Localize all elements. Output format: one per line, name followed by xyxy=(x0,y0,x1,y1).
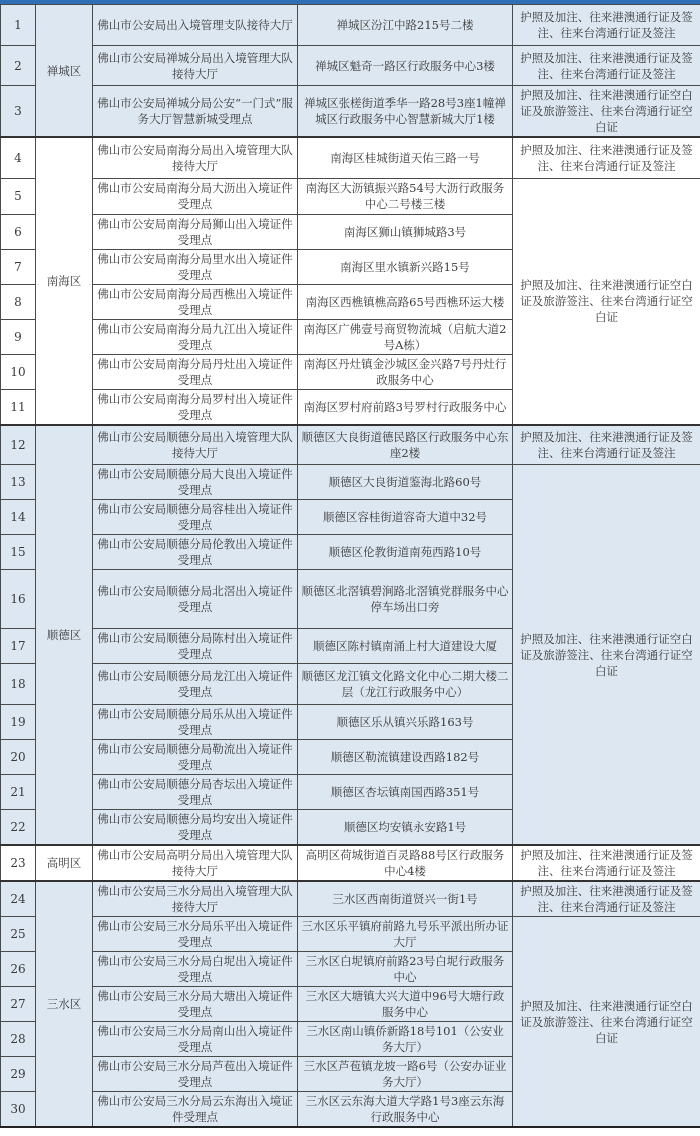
row-number: 1 xyxy=(1,5,36,46)
office-address: 南海区罗村府前路3号罗村行政服务中心 xyxy=(298,389,513,425)
row-number: 8 xyxy=(1,284,36,319)
row-number: 22 xyxy=(1,810,36,846)
row-number: 29 xyxy=(1,1057,36,1092)
table-row: 2 佛山市公安局禅城分局出入境管理大队接待大厅 禅城区魁奇一路区行政服务中心3楼… xyxy=(1,46,700,86)
office-address: 南海区桂城街道天佑三路一号 xyxy=(298,137,513,178)
office-name: 佛山市公安局三水分局云东海出入境证件受理点 xyxy=(93,1092,298,1128)
row-number: 15 xyxy=(1,535,36,570)
service-scope: 护照及加注、往来港澳通行证及签注、往来台湾通行证及签注 xyxy=(513,137,700,178)
office-name: 佛山市公安局南海分局西樵出入境证件受理点 xyxy=(93,284,298,319)
office-address: 禅城区魁奇一路区行政服务中心3楼 xyxy=(298,46,513,86)
service-scope: 护照及加注、往来港澳通行证空白证及旅游签注、往来台湾通行证空白证 xyxy=(513,178,700,425)
office-name: 佛山市公安局三水分局大塘出入境证件受理点 xyxy=(93,987,298,1022)
row-number: 17 xyxy=(1,629,36,664)
office-address: 三水区云东海大道大学路1号3座云东海行政服务中心 xyxy=(298,1092,513,1128)
office-address: 南海区广佛壹号商贸物流城（启航大道2号A栋） xyxy=(298,319,513,354)
office-name: 佛山市公安局顺德分局大良出入境证件受理点 xyxy=(93,465,298,500)
office-name: 佛山市公安局南海分局大沥出入境证件受理点 xyxy=(93,178,298,214)
table-row: 13 佛山市公安局顺德分局大良出入境证件受理点 顺德区大良街道鉴海北路60号 护… xyxy=(1,465,700,500)
office-name: 佛山市公安局三水分局乐平出入境证件受理点 xyxy=(93,917,298,952)
row-number: 9 xyxy=(1,319,36,354)
office-address: 顺德区容桂街道容奇大道中32号 xyxy=(298,500,513,535)
service-scope: 护照及加注、往来港澳通行证及签注、往来台湾通行证及签注 xyxy=(513,5,700,46)
service-scope: 护照及加注、往来港澳通行证空白证及旅游签注、往来台湾通行证空白证 xyxy=(513,917,700,1128)
table-row: 4 南海区 佛山市公安局南海分局出入境管理大队接待大厅 南海区桂城街道天佑三路一… xyxy=(1,137,700,178)
table-row: 12 顺德区 佛山市公安局顺德分局出入境管理大队接待大厅 顺德区大良街道德民路区… xyxy=(1,425,700,465)
office-name: 佛山市公安局顺德分局出入境管理大队接待大厅 xyxy=(93,425,298,465)
row-number: 26 xyxy=(1,952,36,987)
office-address: 高明区荷城街道百灵路88号区行政服务中心4楼 xyxy=(298,845,513,881)
row-number: 30 xyxy=(1,1092,36,1128)
office-name: 佛山市公安局禅城分局出入境管理大队接待大厅 xyxy=(93,46,298,86)
service-scope: 护照及加注、往来港澳通行证及签注、往来台湾通行证及签注 xyxy=(513,46,700,86)
office-address: 顺德区杏坛镇南国西路351号 xyxy=(298,775,513,810)
service-scope: 护照及加注、往来港澳通行证及签注、往来台湾通行证及签注 xyxy=(513,881,700,917)
row-number: 5 xyxy=(1,178,36,214)
office-address: 顺德区伦教街道南苑西路10号 xyxy=(298,535,513,570)
office-address: 顺德区北滘镇碧涧路北滘镇党群服务中心停车场出口旁 xyxy=(298,570,513,629)
office-address: 顺德区均安镇永安路1号 xyxy=(298,810,513,846)
office-name: 佛山市公安局南海分局里水出入境证件受理点 xyxy=(93,249,298,284)
office-address: 南海区大沥镇振兴路54号大沥行政服务中心二号楼三楼 xyxy=(298,178,513,214)
office-name: 佛山市公安局三水分局白坭出入境证件受理点 xyxy=(93,952,298,987)
table-row: 24 三水区 佛山市公安局三水分局出入境管理大队接待大厅 三水区西南街道贤兴一街… xyxy=(1,881,700,917)
office-name: 佛山市公安局顺德分局伦教出入境证件受理点 xyxy=(93,535,298,570)
office-name: 佛山市公安局顺德分局陈村出入境证件受理点 xyxy=(93,629,298,664)
table-row: 1 禅城区 佛山市公安局出入境管理支队接待大厅 禅城区汾江中路215号二楼 护照… xyxy=(1,5,700,46)
office-address: 顺德区大良街道鉴海北路60号 xyxy=(298,465,513,500)
office-name: 佛山市公安局南海分局九江出入境证件受理点 xyxy=(93,319,298,354)
row-number: 19 xyxy=(1,705,36,740)
row-number: 11 xyxy=(1,389,36,425)
office-name: 佛山市公安局顺德分局均安出入境证件受理点 xyxy=(93,810,298,846)
immigration-office-table: 1 禅城区 佛山市公安局出入境管理支队接待大厅 禅城区汾江中路215号二楼 护照… xyxy=(0,4,700,1128)
office-address: 三水区白坭镇府前路23号白坭行政服务中心 xyxy=(298,952,513,987)
office-name: 佛山市公安局三水分局南山出入境证件受理点 xyxy=(93,1022,298,1057)
office-name: 佛山市公安局南海分局狮山出入境证件受理点 xyxy=(93,214,298,249)
office-address: 三水区大塘镇大兴大道中96号大塘行政服务中心 xyxy=(298,987,513,1022)
office-name: 佛山市公安局禅城分局公安“一门式”服务大厅智慧新城受理点 xyxy=(93,86,298,138)
table-row: 23 高明区 佛山市公安局高明分局出入境管理大队接待大厅 高明区荷城街道百灵路8… xyxy=(1,845,700,881)
district-cell: 高明区 xyxy=(36,845,93,881)
row-number: 16 xyxy=(1,570,36,629)
office-name: 佛山市公安局三水分局芦苞出入境证件受理点 xyxy=(93,1057,298,1092)
row-number: 20 xyxy=(1,740,36,775)
office-name: 佛山市公安局顺德分局杏坛出入境证件受理点 xyxy=(93,775,298,810)
office-name: 佛山市公安局出入境管理支队接待大厅 xyxy=(93,5,298,46)
office-address: 顺德区陈村镇南涌上村大道建设大厦 xyxy=(298,629,513,664)
office-name: 佛山市公安局三水分局出入境管理大队接待大厅 xyxy=(93,881,298,917)
row-number: 23 xyxy=(1,845,36,881)
table-row: 5 佛山市公安局南海分局大沥出入境证件受理点 南海区大沥镇振兴路54号大沥行政服… xyxy=(1,178,700,214)
service-scope: 护照及加注、往来港澳通行证及签注、往来台湾通行证及签注 xyxy=(513,845,700,881)
office-name: 佛山市公安局南海分局丹灶出入境证件受理点 xyxy=(93,354,298,389)
service-scope: 护照及加注、往来港澳通行证空白证及旅游签注、往来台湾通行证空白证 xyxy=(513,86,700,138)
office-address: 三水区乐平镇府前路九号乐平派出所办证大厅 xyxy=(298,917,513,952)
office-address: 南海区狮山镇狮城路3号 xyxy=(298,214,513,249)
district-cell: 禅城区 xyxy=(36,5,93,138)
office-address: 顺德区乐从镇兴乐路163号 xyxy=(298,705,513,740)
office-address: 禅城区汾江中路215号二楼 xyxy=(298,5,513,46)
row-number: 13 xyxy=(1,465,36,500)
row-number: 4 xyxy=(1,137,36,178)
office-address: 三水区西南街道贤兴一街1号 xyxy=(298,881,513,917)
office-address: 南海区里水镇新兴路15号 xyxy=(298,249,513,284)
district-cell: 三水区 xyxy=(36,881,93,1127)
office-name: 佛山市公安局顺德分局龙江出入境证件受理点 xyxy=(93,664,298,705)
office-address: 南海区丹灶镇金沙城区金兴路7号丹灶行政服务中心 xyxy=(298,354,513,389)
district-cell: 顺德区 xyxy=(36,425,93,846)
row-number: 10 xyxy=(1,354,36,389)
office-address: 顺德区大良街道德民路区行政服务中心东座2楼 xyxy=(298,425,513,465)
office-name: 佛山市公安局顺德分局北滘出入境证件受理点 xyxy=(93,570,298,629)
row-number: 27 xyxy=(1,987,36,1022)
service-scope: 护照及加注、往来港澳通行证及签注、往来台湾通行证及签注 xyxy=(513,425,700,465)
row-number: 24 xyxy=(1,881,36,917)
row-number: 25 xyxy=(1,917,36,952)
office-name: 佛山市公安局顺德分局乐从出入境证件受理点 xyxy=(93,705,298,740)
office-address: 三水区芦苞镇龙坡一路6号（公安办证业务大厅） xyxy=(298,1057,513,1092)
office-name: 佛山市公安局南海分局出入境管理大队接待大厅 xyxy=(93,137,298,178)
office-name: 佛山市公安局顺德分局勒流出入境证件受理点 xyxy=(93,740,298,775)
row-number: 14 xyxy=(1,500,36,535)
row-number: 6 xyxy=(1,214,36,249)
office-address: 南海区西樵镇樵高路65号西樵环运大楼 xyxy=(298,284,513,319)
service-scope: 护照及加注、往来港澳通行证空白证及旅游签注、往来台湾通行证空白证 xyxy=(513,465,700,846)
row-number: 12 xyxy=(1,425,36,465)
office-name: 佛山市公安局高明分局出入境管理大队接待大厅 xyxy=(93,845,298,881)
office-address: 顺德区勒流镇建设西路182号 xyxy=(298,740,513,775)
office-name: 佛山市公安局南海分局罗村出入境证件受理点 xyxy=(93,389,298,425)
office-address: 禅城区张槎街道季华一路28号3座1幢禅城区行政服务中心智慧新城大厅1楼 xyxy=(298,86,513,138)
table-row: 25 佛山市公安局三水分局乐平出入境证件受理点 三水区乐平镇府前路九号乐平派出所… xyxy=(1,917,700,952)
row-number: 3 xyxy=(1,86,36,138)
row-number: 18 xyxy=(1,664,36,705)
row-number: 28 xyxy=(1,1022,36,1057)
row-number: 7 xyxy=(1,249,36,284)
table-row: 3 佛山市公安局禅城分局公安“一门式”服务大厅智慧新城受理点 禅城区张槎街道季华… xyxy=(1,86,700,138)
row-number: 21 xyxy=(1,775,36,810)
district-cell: 南海区 xyxy=(36,137,93,425)
row-number: 2 xyxy=(1,46,36,86)
office-address: 顺德区龙江镇文化路文化中心二期大楼二层（龙江行政服务中心） xyxy=(298,664,513,705)
office-address: 三水区南山镇侨新路18号101（公安业务大厅） xyxy=(298,1022,513,1057)
office-name: 佛山市公安局顺德分局容桂出入境证件受理点 xyxy=(93,500,298,535)
